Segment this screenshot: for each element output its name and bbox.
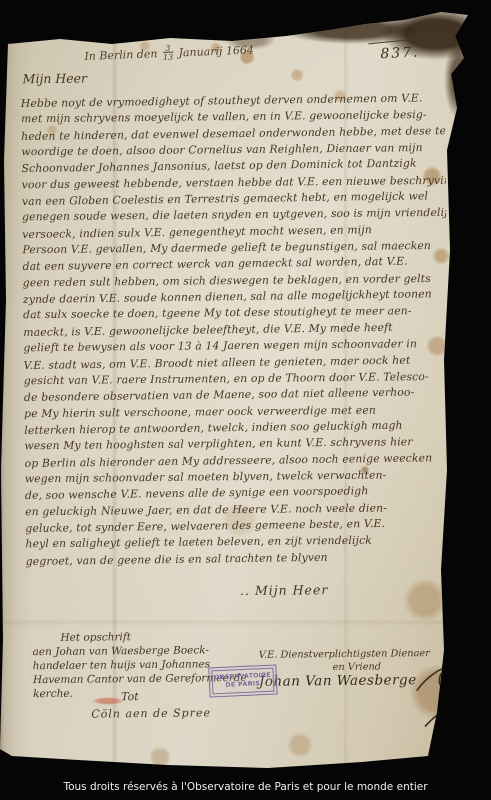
signature-flourish [411, 655, 490, 742]
salutation: Mijn Heer [23, 71, 88, 87]
dateline-month-year: Januarij 1664 [178, 43, 254, 59]
dateline: In Berlin den 313 Januarij 1664 [84, 41, 254, 63]
observatoire-stamp-text: OBSERVATOIRE DE PARIS [211, 668, 274, 695]
address-city: Cöln aen de Spree [91, 706, 211, 720]
closing-salute: .. Mijn Heer [240, 582, 328, 598]
letter-body: Hebbe noyt de vrymoedigheyt of stoutheyt… [21, 91, 450, 569]
paper-sheet: In Berlin den 313 Januarij 1664 837. Mij… [0, 0, 491, 800]
letter-content: In Berlin den 313 Januarij 1664 837. Mij… [0, 0, 491, 800]
observatoire-stamp: OBSERVATOIRE DE PARIS [208, 664, 277, 697]
copyright-caption: Tous droits réservés à l'Observatoire de… [0, 781, 491, 793]
folio-number: 837. [380, 44, 420, 62]
address-tot: Tot [121, 690, 139, 703]
folio-overline [368, 37, 430, 44]
scanned-letter-page: In Berlin den 313 Januarij 1664 837. Mij… [0, 0, 491, 800]
dateline-day-fraction: 313 [163, 45, 174, 61]
dateline-place: In Berlin den [84, 47, 157, 63]
